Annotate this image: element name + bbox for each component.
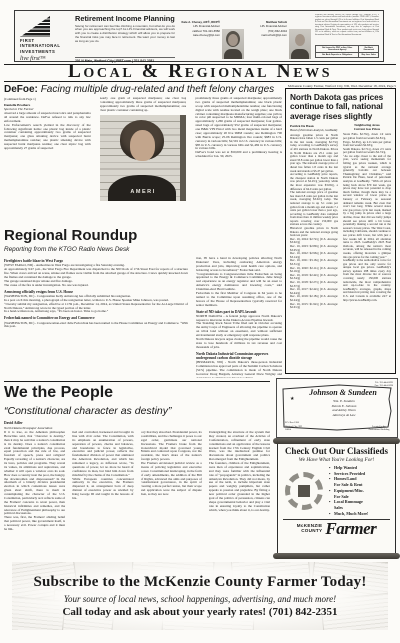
star-icon: ★ (290, 396, 294, 402)
article-column: (Continued from Page 1) Danielle Brother… (4, 97, 91, 225)
wtp-subtitle: “Constitutional character as destiny” (4, 405, 172, 417)
subhead: Neighboring Areas Current Gas Prices (343, 124, 391, 132)
list-item: Local Rummage Sales (329, 499, 390, 510)
brand-name: FIRST INTERNATIONAL INVESTMENTS (20, 38, 69, 54)
subscribe-tagline: Your source of local news, school happen… (64, 594, 336, 604)
mugshot-photo: AMERI (100, 115, 187, 201)
advisor-email: kate.cheney@lpl.com (181, 33, 220, 37)
phone-block: Tel: 701-444-6293 Fax: 701-444-6298 (375, 381, 393, 387)
retirement-planning-ad: FIRST INTERNATIONAL INVESTMENTS live fir… (14, 10, 384, 62)
article-column: Neighboring Areas Current Gas Prices Sio… (343, 124, 391, 364)
advisor-contact: Matthew Schulz LPL Financial Advisor (70… (248, 20, 287, 59)
advisor-photo (222, 29, 244, 59)
gas-headline: North Dakota gas prices continue to fall… (290, 93, 391, 121)
photo-torso (291, 49, 309, 59)
divider (4, 81, 396, 82)
byline: David Adler (4, 421, 23, 425)
article-column: Patrick De Haan Head of Petroleum Analys… (290, 124, 338, 364)
disclosure-text: Securities and advisory services are off… (315, 14, 379, 44)
photo-head (295, 34, 305, 46)
body-text: tion, I'll have a hand in developing pol… (196, 257, 282, 307)
article-column: Undergirding the structure of the system… (209, 431, 270, 556)
logo-name-text: Farmer (325, 521, 376, 536)
classifieds-content: Help Wanted Services Provided Homes/Land… (283, 465, 390, 516)
disclosure-cell: Not Bank Guaranteed (359, 46, 379, 53)
section-banner: Local & Regional News (0, 62, 400, 82)
brief-headline: North Dakota Industrial Commission appro… (196, 352, 282, 360)
continued-line: (Continued from Page 1) (4, 97, 91, 101)
wtp-title: We the People (4, 384, 113, 402)
gas-prices-article: North Dakota gas prices continue to fall… (285, 88, 396, 374)
disclosure-cell: Not Insured by FDIC or Any Other Governm… (316, 46, 359, 53)
disclosure-cell: Not Bank Deposits or Obligations (316, 53, 359, 58)
ad-disclosure: Securities and advisory services are off… (313, 11, 383, 61)
photo-head (228, 34, 238, 46)
first-international-logo: FIRST INTERNATIONAL INVESTMENTS live fir… (15, 11, 71, 61)
article-column: tory that they absorbed. Presidential po… (141, 431, 202, 556)
photo-face (130, 130, 155, 161)
body-text: Average gasoline prices in North Dakota … (290, 134, 338, 310)
body-text: observed a large amount of suspected nar… (4, 112, 91, 151)
ad-headline: Retirement Income Planning (75, 14, 175, 23)
defoe-article-body: (Continued from Page 1) Danielle Brother… (4, 97, 282, 225)
body-text: proximately three grams of suspected mar… (195, 97, 282, 159)
attorney-names: Wm. E. Sundeen Dennis E. Johnson and Ash… (305, 399, 383, 417)
byline-credit: Special to The Farmer (4, 107, 91, 111)
list-item: Equipment/Misc. For Sale (329, 488, 390, 499)
byline-credit: Head of Petroleum Analysis, GasBuddy (290, 128, 338, 132)
article-column: proximately three grams of suspected mar… (195, 97, 282, 225)
recycle-arrows-icon (283, 470, 325, 512)
photo-torso (224, 49, 242, 59)
classifieds-ad: Check Out Our Classifieds We Have What Y… (277, 441, 396, 556)
article-column: nearly one gram of suspected marijuana; … (100, 97, 187, 225)
subscribe-phone-line: Call today and ask about your yearly rat… (62, 606, 337, 618)
advisor-email: matt.schulz@lpl.com (248, 33, 287, 37)
classifieds-list: Help Wanted Services Provided Homes/Land… (329, 465, 390, 516)
headline-text: Facing multiple drug-related and theft f… (41, 84, 274, 95)
advisor-block: Matthew Schulz LPL Financial Advisor (70… (246, 11, 313, 61)
arrow (301, 470, 307, 476)
disclosure-cell: May Lose Value (359, 53, 379, 58)
firm-name: Johnson & Sundeen (297, 388, 389, 397)
body-text: nearly one gram of suspected marijuana; … (100, 97, 187, 113)
shirt-text: AMERI (100, 189, 187, 195)
arrow (315, 504, 321, 510)
mountain-logo-icon (20, 16, 50, 37)
gas-article-body: Patrick De Haan Head of Petroleum Analys… (290, 124, 391, 364)
article-column: If it is true, as the Athenian philosoph… (4, 431, 65, 556)
subscribe-text: Subscribe to the McKenzie County Farmer … (12, 562, 388, 630)
byline-credit: North Dakota Newspaper Association (4, 426, 52, 430)
classifieds-subtitle: We Have What You're Looking For! (283, 457, 390, 463)
body-text: (WEST FARGO, ND) - Authorities in West F… (4, 264, 188, 287)
article-column: Firefighters battle blaze in West Fargo … (4, 257, 188, 378)
list-item: Much, Much More! (329, 511, 390, 517)
farmer-logo: McKENZIE COUNTY Farmer (283, 521, 390, 536)
defoe-headline: DeFoe: Facing multiple drug-related and … (4, 84, 282, 95)
article-column: ited and controlled, harnessed and broug… (72, 431, 133, 556)
advisor-photo (289, 29, 311, 59)
subscribe-ad: Subscribe to the McKenzie County Farmer … (12, 562, 388, 630)
ad-copy: Retirement Income Planning Saving for re… (71, 11, 179, 61)
brief-headline: Fedorchak named to Committee on Energy a… (4, 316, 188, 320)
arrow (287, 504, 293, 510)
newspaper-page: FIRST INTERNATIONAL INVESTMENTS live fir… (0, 0, 400, 643)
roundup-body: Firefighters battle blaze in West Fargo … (4, 257, 282, 378)
photo-shirt (108, 175, 176, 201)
body-text: (BISMARCK, ND) - North Dakota's three-pe… (196, 361, 282, 378)
subscribe-headline: Subscribe to the McKenzie County Farmer … (33, 574, 366, 591)
roundup-title: Regional Roundup (4, 227, 137, 244)
logo-county-text: McKENZIE COUNTY (297, 524, 323, 534)
brand-tagline: live first™ (20, 56, 69, 62)
article-column: tion, I'll have a hand in developing pol… (196, 257, 282, 378)
body-text: (WASHINGTON, DC) - Congresswoman-elect J… (4, 322, 188, 330)
advisor-contact: Kate A. Cheney, AIF®, RICP® LPL Financia… (181, 20, 220, 59)
ad-body-text: Saving for retirement can feel like clim… (75, 25, 175, 56)
location-note: Located in the Professional Building (366, 425, 392, 431)
disclosure-table: Not Insured by FDIC or Any Other Governm… (315, 45, 379, 58)
wtp-article-body: If it is true, as the Athenian philosoph… (4, 431, 270, 556)
divider (4, 381, 270, 382)
center-box (298, 485, 310, 497)
list-item: Homes/Land For Sale & Rent (329, 476, 390, 487)
body-text: Sioux Falls- $2.79/g, down 1.9 cents per… (343, 133, 391, 302)
address-block: P.O. Box 1260 Watford City, ND 58854 (285, 421, 302, 431)
section-title: Local & Regional News (68, 61, 332, 82)
brand-line: INVESTMENTS (20, 49, 69, 54)
body-text: (WASHINGTON, DC) - Congressman Kelly Arm… (4, 295, 188, 314)
body-text: NORTH DAKOTA - A federal judge approves … (196, 315, 282, 350)
page-dateline: McKenzie County Farmer, Watford City, ND… (262, 84, 396, 88)
classifieds-title: Check Out Our Classifieds (283, 446, 390, 456)
law-firm-ad: ★ Johnson & Sundeen Wm. E. Sundeen Denni… (276, 378, 398, 438)
advisor-block: Kate A. Cheney, AIF®, RICP® LPL Financia… (179, 11, 246, 61)
roundup-subtitle: Reporting from the KTGO Radio News Desk (4, 246, 129, 253)
headline-kicker: DeFoe: (4, 84, 38, 95)
